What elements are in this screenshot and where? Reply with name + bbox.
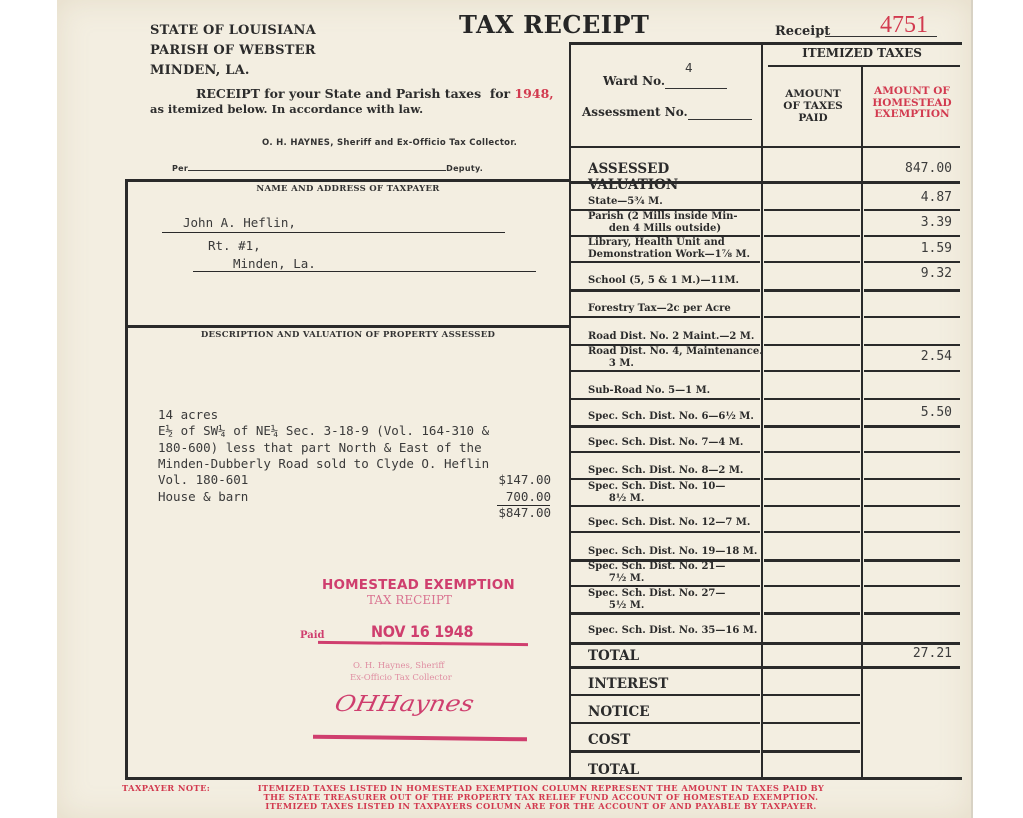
tax-item-label: Spec. Sch. Dist. No. 12—7 M.	[588, 517, 762, 529]
row-rule	[864, 209, 960, 211]
assessment-label: Assessment No.	[582, 105, 688, 119]
document-title: TAX RECEIPT	[459, 10, 649, 39]
left-table-left-border	[125, 179, 128, 779]
stamp-paid-label: Paid	[300, 630, 325, 641]
tax-item-label: Spec. Sch. Dist. No. 6—6½ M.	[588, 411, 762, 423]
ward-field: Ward No.4	[603, 74, 727, 89]
property-line-text: House & barn	[158, 489, 248, 504]
tax-item-label: Sub-Road No. 5—1 M.	[588, 385, 762, 397]
tax-item-exemption-value: 5.50	[864, 405, 952, 420]
itemized-taxes-heading: ITEMIZED TAXES	[762, 47, 962, 59]
assessed-valuation-value: 847.00	[864, 161, 952, 176]
assessment-field: Assessment No.	[582, 105, 752, 120]
row-rule	[864, 451, 960, 453]
deputy-label: Deputy.	[446, 164, 483, 173]
row-rule	[864, 344, 960, 346]
table-bottom-border	[125, 777, 962, 780]
row-rule	[764, 370, 860, 372]
tax-item-exemption-value: 1.59	[864, 241, 952, 256]
tax-item-label: Road Dist. No. 2 Maint.—2 M.	[588, 331, 762, 343]
left-table-top-border	[125, 179, 571, 182]
deputy-signature-field[interactable]	[188, 170, 446, 171]
row-rule-thick	[864, 612, 960, 615]
row-rule	[570, 146, 960, 148]
row-rule	[764, 478, 860, 480]
property-line-text: 180-600) less that part North & East of …	[158, 440, 482, 455]
intro-text: RECEIPT for your State and Parish taxes …	[196, 86, 510, 101]
homestead-exemption-heading: AMOUNT OF HOMESTEAD EXEMPTION	[862, 86, 962, 121]
row-rule-thick	[570, 425, 760, 428]
row-rule	[570, 585, 760, 587]
grand-total-label: TOTAL	[588, 762, 762, 778]
assessed-valuation-label: ASSESSED VALUATION	[588, 161, 762, 193]
stamp-line-1: HOMESTEAD EXEMPTION	[322, 577, 515, 593]
row-rule	[864, 370, 960, 372]
interest-label: INTEREST	[588, 676, 762, 692]
stamp-line-2: TAX RECEIPT	[367, 593, 452, 607]
row-rule	[570, 531, 760, 533]
row-rule-thick	[864, 559, 960, 562]
receipt-label: Receipt	[775, 24, 830, 39]
tax-year: 1948,	[514, 86, 553, 101]
stamp-signer-2: Ex-Officio Tax Collector	[350, 673, 452, 683]
row-rule	[864, 398, 960, 400]
tax-item-exemption-value: 2.54	[864, 349, 952, 364]
row-rule	[864, 505, 960, 507]
collector-signature: OHHaynes	[332, 692, 476, 717]
collector-line: O. H. HAYNES, Sheriff and Ex-Officio Tax…	[262, 138, 517, 148]
tax-item-label: Spec. Sch. Dist. No. 21— 7½ M.	[588, 561, 762, 585]
ward-value: 4	[685, 60, 693, 75]
row-rule	[864, 261, 960, 263]
tax-item-label: Spec. Sch. Dist. No. 19—18 M.	[588, 546, 762, 558]
row-rule	[764, 398, 860, 400]
tax-item-label: Spec. Sch. Dist. No. 10— 8½ M.	[588, 481, 762, 505]
row-rule	[570, 261, 760, 263]
row-rule-thick	[864, 425, 960, 428]
row-rule	[570, 722, 760, 724]
tax-item-exemption-value: 9.32	[864, 266, 952, 281]
notice-label: NOTICE	[588, 704, 762, 720]
row-rule	[764, 505, 860, 507]
tax-item-label: Spec. Sch. Dist. No. 27— 5½ M.	[588, 588, 762, 612]
tax-item-label: State—5¾ M.	[588, 196, 762, 208]
tax-item-label: Forestry Tax—2c per Acre	[588, 303, 762, 315]
row-rule	[570, 694, 760, 696]
row-rule-thick	[762, 750, 860, 753]
row-rule	[570, 478, 760, 480]
amount-paid-heading-line: PAID	[764, 112, 862, 124]
row-rule	[864, 235, 960, 237]
tax-item-label: Spec. Sch. Dist. No. 35—16 M.	[588, 625, 762, 637]
row-rule-thick	[764, 289, 860, 292]
taxpayer-heading: NAME AND ADDRESS OF TAXPAYER	[125, 184, 571, 194]
stamp-signer-1: O. H. Haynes, Sheriff	[353, 661, 444, 671]
exemption-heading-line: EXEMPTION	[862, 109, 962, 121]
total-exemption-value: 27.21	[864, 646, 952, 661]
tax-item-label: Library, Health Unit and Demonstration W…	[588, 237, 762, 261]
row-rule	[864, 585, 960, 587]
row-rule	[570, 451, 760, 453]
issuer-city: MINDEN, LA.	[150, 63, 250, 78]
issuer-parish: PARISH OF WEBSTER	[150, 43, 316, 58]
taxpayer-note-body: ITEMIZED TAXES LISTED IN HOMESTEAD EXEMP…	[230, 784, 852, 811]
row-rule	[864, 316, 960, 318]
tax-item-label: Spec. Sch. Dist. No. 8—2 M.	[588, 465, 762, 477]
per-deputy-line: PerDeputy.	[172, 164, 483, 173]
property-line-text: Minden-Dubberly Road sold to Clyde O. He…	[158, 456, 489, 471]
assessment-input[interactable]	[688, 105, 752, 120]
row-rule-thick	[570, 666, 960, 669]
stamp-date: NOV 16 1948	[371, 622, 473, 641]
row-rule	[570, 370, 760, 372]
receipt-number: 4751	[880, 12, 928, 39]
row-rule	[764, 344, 860, 346]
intro-line-1: RECEIPT for your State and Parish taxes …	[196, 86, 554, 101]
tax-item-label: Parish (2 Mills inside Min- den 4 Mills …	[588, 211, 762, 235]
property-line-text: 14 acres	[158, 407, 218, 422]
tax-item-exemption-value: 4.87	[864, 190, 952, 205]
subtotal-rule	[497, 505, 550, 506]
row-rule	[762, 694, 860, 696]
address-underline	[193, 271, 536, 272]
tax-item-label: School (5, 5 & 1 M.)—11M.	[588, 275, 762, 287]
row-rule-thick	[570, 289, 760, 292]
exemption-heading-line: AMOUNT OF	[862, 86, 962, 98]
row-rule	[764, 261, 860, 263]
issuer-state: STATE OF LOUISIANA	[150, 23, 316, 38]
tax-item-label: Spec. Sch. Dist. No. 7—4 M.	[588, 437, 762, 449]
ward-input[interactable]: 4	[665, 74, 727, 89]
ward-label: Ward No.	[603, 74, 665, 88]
row-rule	[764, 531, 860, 533]
row-rule-thick	[764, 425, 860, 428]
row-rule	[764, 451, 860, 453]
row-rule-thick	[764, 612, 860, 615]
row-rule	[762, 722, 860, 724]
name-underline	[162, 232, 505, 233]
taxpayer-address-1: Rt. #1,	[208, 238, 261, 253]
cost-label: COST	[588, 732, 762, 748]
intro-line-2: as itemized below. In accordance with la…	[150, 102, 423, 116]
row-rule-thick	[570, 612, 760, 615]
property-line-text: Vol. 180-601	[158, 472, 248, 487]
row-rule	[864, 531, 960, 533]
total-label: TOTAL	[588, 648, 762, 664]
taxpayer-address-2: Minden, La.	[233, 256, 316, 271]
amount-paid-heading-line: OF TAXES	[764, 100, 862, 112]
row-rule-thick	[864, 289, 960, 292]
property-heading: DESCRIPTION AND VALUATION OF PROPERTY AS…	[125, 330, 571, 340]
taxpayer-note-line: ITEMIZED TAXES LISTED IN TAXPAYERS COLUM…	[230, 802, 852, 811]
row-rule	[764, 209, 860, 211]
property-line-amount: $847.00	[470, 505, 551, 520]
row-rule	[864, 478, 960, 480]
amount-paid-heading-line: AMOUNT	[764, 88, 862, 100]
right-table-top-border	[570, 42, 962, 45]
tax-item-exemption-value: 3.39	[864, 215, 952, 230]
row-rule-thick	[570, 750, 760, 753]
taxpayer-name: John A. Heflin,	[183, 215, 296, 230]
property-line-amount: 700.00	[470, 489, 551, 504]
row-rule	[570, 505, 760, 507]
property-line-text: E½ of SW¼ of NE¼ Sec. 3-18-9 (Vol. 164-3…	[158, 423, 489, 438]
row-rule-thick	[764, 559, 860, 562]
per-label: Per	[172, 164, 188, 173]
row-rule	[570, 398, 760, 400]
amount-paid-heading: AMOUNT OF TAXES PAID	[764, 88, 862, 124]
left-table-divider	[125, 325, 571, 328]
row-rule	[764, 316, 860, 318]
row-rule	[764, 585, 860, 587]
row-rule	[764, 235, 860, 237]
row-rule-thick	[570, 642, 960, 645]
itemized-heading-rule	[768, 65, 960, 67]
row-rule	[570, 316, 760, 318]
tax-item-label: Road Dist. No. 4, Maintenance. 3 M.	[588, 346, 762, 370]
exemption-column-divider	[861, 65, 863, 779]
property-line-amount: $147.00	[470, 472, 551, 487]
taxpayer-note-label: TAXPAYER NOTE:	[122, 784, 210, 793]
